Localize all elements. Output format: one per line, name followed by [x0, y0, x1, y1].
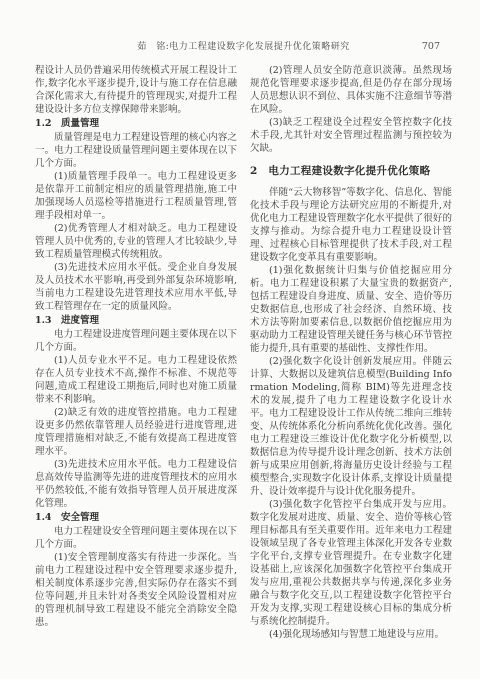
paragraph: (2)缺乏有效的进度管控措施。电力工程建设更多仍然依靠管理人员经验进行进度管理,… — [35, 406, 237, 458]
paragraph: (3)缺乏工程建设全过程安全管控数字化技术手段,尤其针对安全管理过程监测与预控较… — [250, 116, 452, 155]
paragraph: 伴随“云大物移智”等数字化、信息化、智能化技术手段与理论方法研究应用的不断提升,… — [250, 186, 452, 264]
section-heading: 1.2 质量管理 — [35, 117, 237, 130]
running-head: 茹 铭:电力工程建设数字化发展提升优化策略研究 707 — [35, 40, 452, 54]
section-heading: 1.4 安全管理 — [35, 511, 237, 524]
right-column: (2)管理人员安全防范意识淡薄。虽然现场规范化管理要求逐步提高,但是仍存在部分现… — [250, 64, 452, 649]
left-column: 程设计人员仍普遍采用传统模式开展工程设计工作,数字化水平逐步提升,设计与施工存在… — [35, 64, 237, 649]
paragraph: (3)先进技术应用水平低。电力工程建设信息高效传导监测等先进的进度管理技术的应用… — [35, 458, 237, 510]
paragraph: (2)管理人员安全防范意识淡薄。虽然现场规范化管理要求逐步提高,但是仍存在部分现… — [250, 64, 452, 116]
section-heading: 1.3 进度管理 — [35, 314, 237, 327]
document-page: 茹 铭:电力工程建设数字化发展提升优化策略研究 707 程设计人员仍普遍采用传统… — [0, 0, 480, 679]
paragraph: (1)安全管理制度落实有待进一步深化。当前电力工程建设过程中安全管理要求逐步提升… — [35, 551, 237, 629]
paragraph: (3)强化数字化管控平台集成开发与应用。数字化发展对进度、质量、安全、造价等核心… — [250, 498, 452, 628]
page-number: 707 — [422, 40, 440, 54]
section-heading: 2 电力工程建设数字化提升优化策略 — [250, 164, 452, 178]
paragraph: 电力工程建设安全管理问题主要体现在以下几个方面。 — [35, 525, 237, 551]
paragraph: (4)强化现场感知与智慧工地建设与应用。 — [250, 628, 452, 641]
paragraph: (2)强化数字化设计创新发展应用。伴随云计算、大数据以及建筑信息模型(Build… — [250, 355, 452, 498]
paragraph: 程设计人员仍普遍采用传统模式开展工程设计工作,数字化水平逐步提升,设计与施工存在… — [35, 64, 237, 116]
paragraph: (1)强化数据统计归集与价值挖掘应用分析。电力工程建设积累了大量宝贵的数据资产,… — [250, 264, 452, 355]
paragraph: (3)先进技术应用水平低。受企业自身发展及人员技术水平影响,再受到外部复杂环境影… — [35, 261, 237, 313]
text-columns: 程设计人员仍普遍采用传统模式开展工程设计工作,数字化水平逐步提升,设计与施工存在… — [35, 64, 452, 649]
paragraph: 质量管理是电力工程建设管理的核心内容之一。电力工程建设质量管理问题主要体现在以下… — [35, 131, 237, 170]
paragraph: 电力工程建设进度管理问题主要体现在以下几个方面。 — [35, 328, 237, 354]
running-title: 茹 铭:电力工程建设数字化发展提升优化策略研究 — [35, 40, 452, 54]
paragraph: (1)人员专业水平不足。电力工程建设依然存在人员专业技术不高,操作不标准、不规范… — [35, 354, 237, 406]
paragraph: (1)质量管理手段单一。电力工程建设更多是依靠开工前制定相应的质量管理措施,施工… — [35, 170, 237, 222]
paragraph: (2)优秀管理人才相对缺乏。电力工程建设管理人员中优秀的,专业的管理人才比较缺少… — [35, 222, 237, 261]
